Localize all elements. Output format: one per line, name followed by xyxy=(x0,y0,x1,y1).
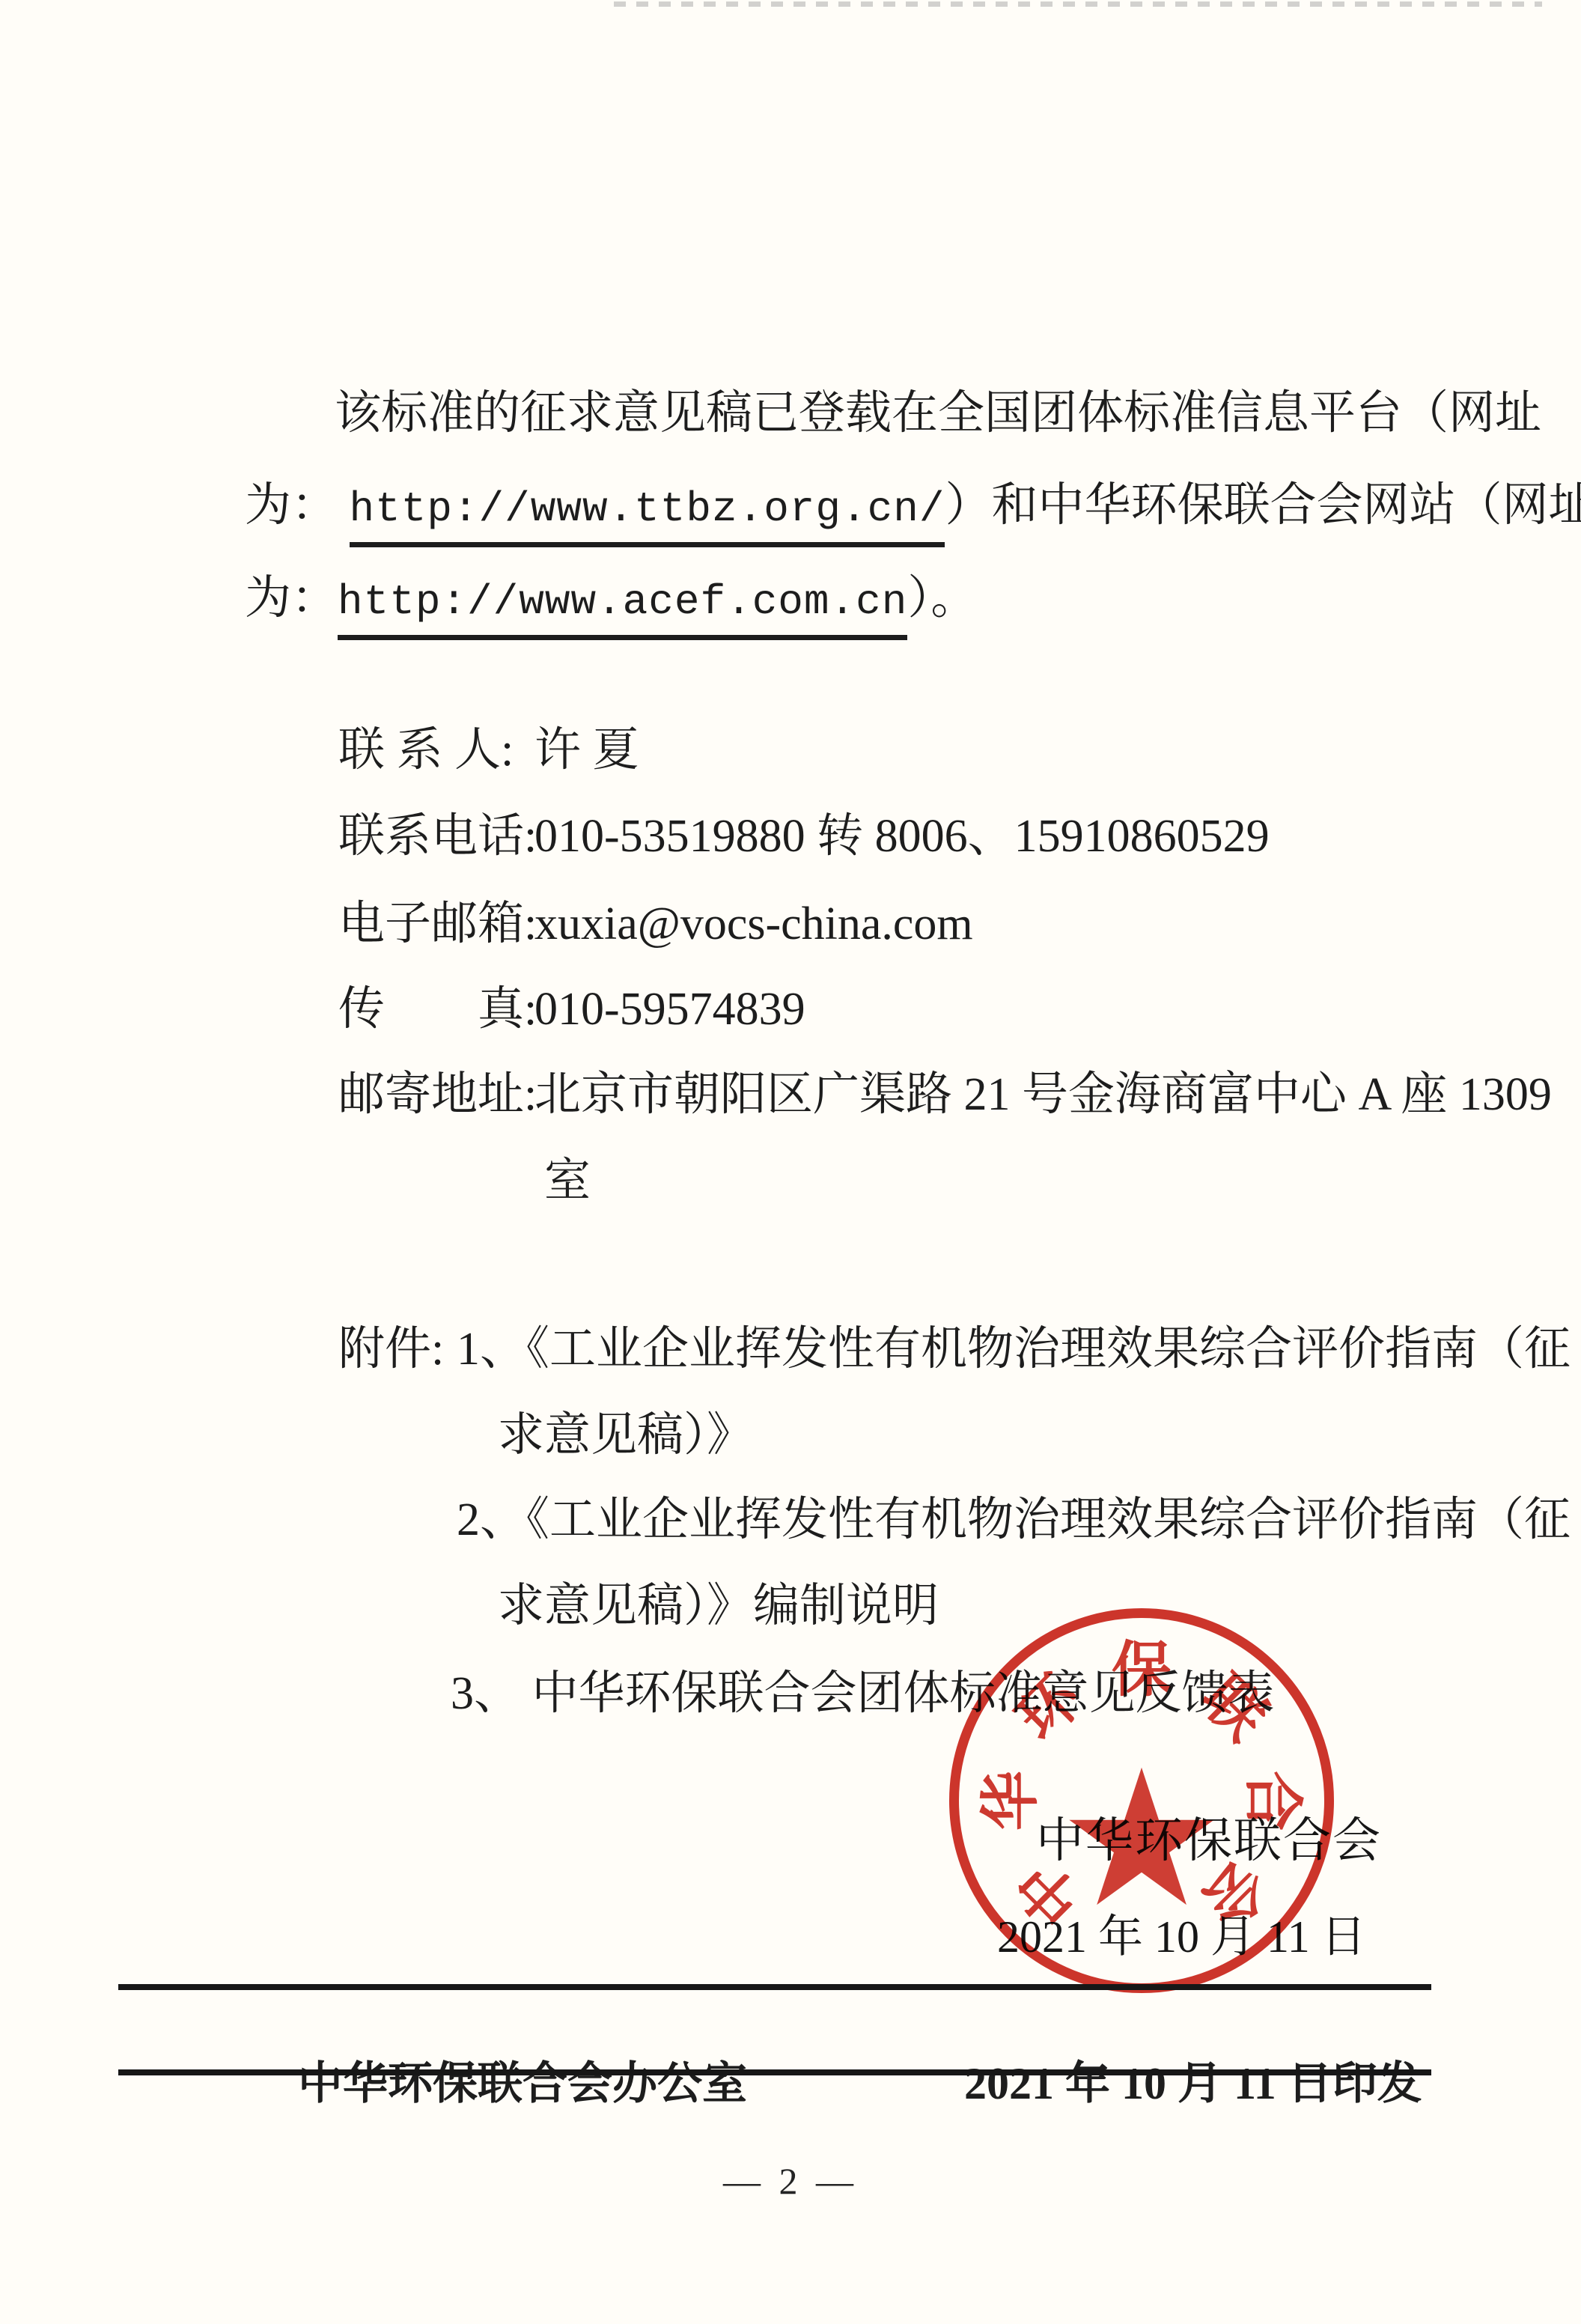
scan-artifact-dashes xyxy=(614,1,1542,7)
footer-office: 中华环保联合会办公室 xyxy=(253,2010,747,2158)
paragraph-line-2-suffix: ）和中华环保联合会网站（网址 xyxy=(945,480,1581,531)
seal-ring-char: 保 xyxy=(1112,1622,1172,1708)
paragraph-line-3: 为：http://www.acef.com.cn）。 xyxy=(198,522,977,677)
contact-address-continuation: 室 xyxy=(498,1104,591,1258)
footer-rule-bottom xyxy=(118,2069,1431,2075)
contact-row-address: 邮寄地址:北京市朝阳区广渠路 21 号金海商富中心 A 座 1309 xyxy=(292,1018,1552,1172)
footer-print-date: 2021 年 10 月 11 日印发 xyxy=(919,2010,1422,2158)
document-page: 该标准的征求意见稿已登载在全国团体标准信息平台（网址 为： http://www… xyxy=(0,0,1581,2324)
paragraph-line-3-suffix: ）。 xyxy=(907,573,977,624)
paragraph-line-3-prefix: 为： xyxy=(245,573,338,624)
signature-date-text: 2021 年 10 月 11 日 xyxy=(997,1912,1366,1962)
acef-url-link: http://www.acef.com.cn xyxy=(338,578,907,640)
footer-print-date-text: 2021 年 10 月 11 日印发 xyxy=(964,2059,1422,2108)
contact-address-line2: 室 xyxy=(544,1155,591,1206)
footer-office-text: 中华环保联合会办公室 xyxy=(298,2059,747,2108)
page-number: — 2 — xyxy=(0,2159,1581,2203)
signature-date: 2021 年 10 月 11 日 xyxy=(952,1849,1366,2017)
page-number-text: — 2 — xyxy=(723,2160,858,2202)
contact-address-value: 北京市朝阳区广渠路 21 号金海商富中心 A 座 1309 xyxy=(534,1069,1552,1120)
